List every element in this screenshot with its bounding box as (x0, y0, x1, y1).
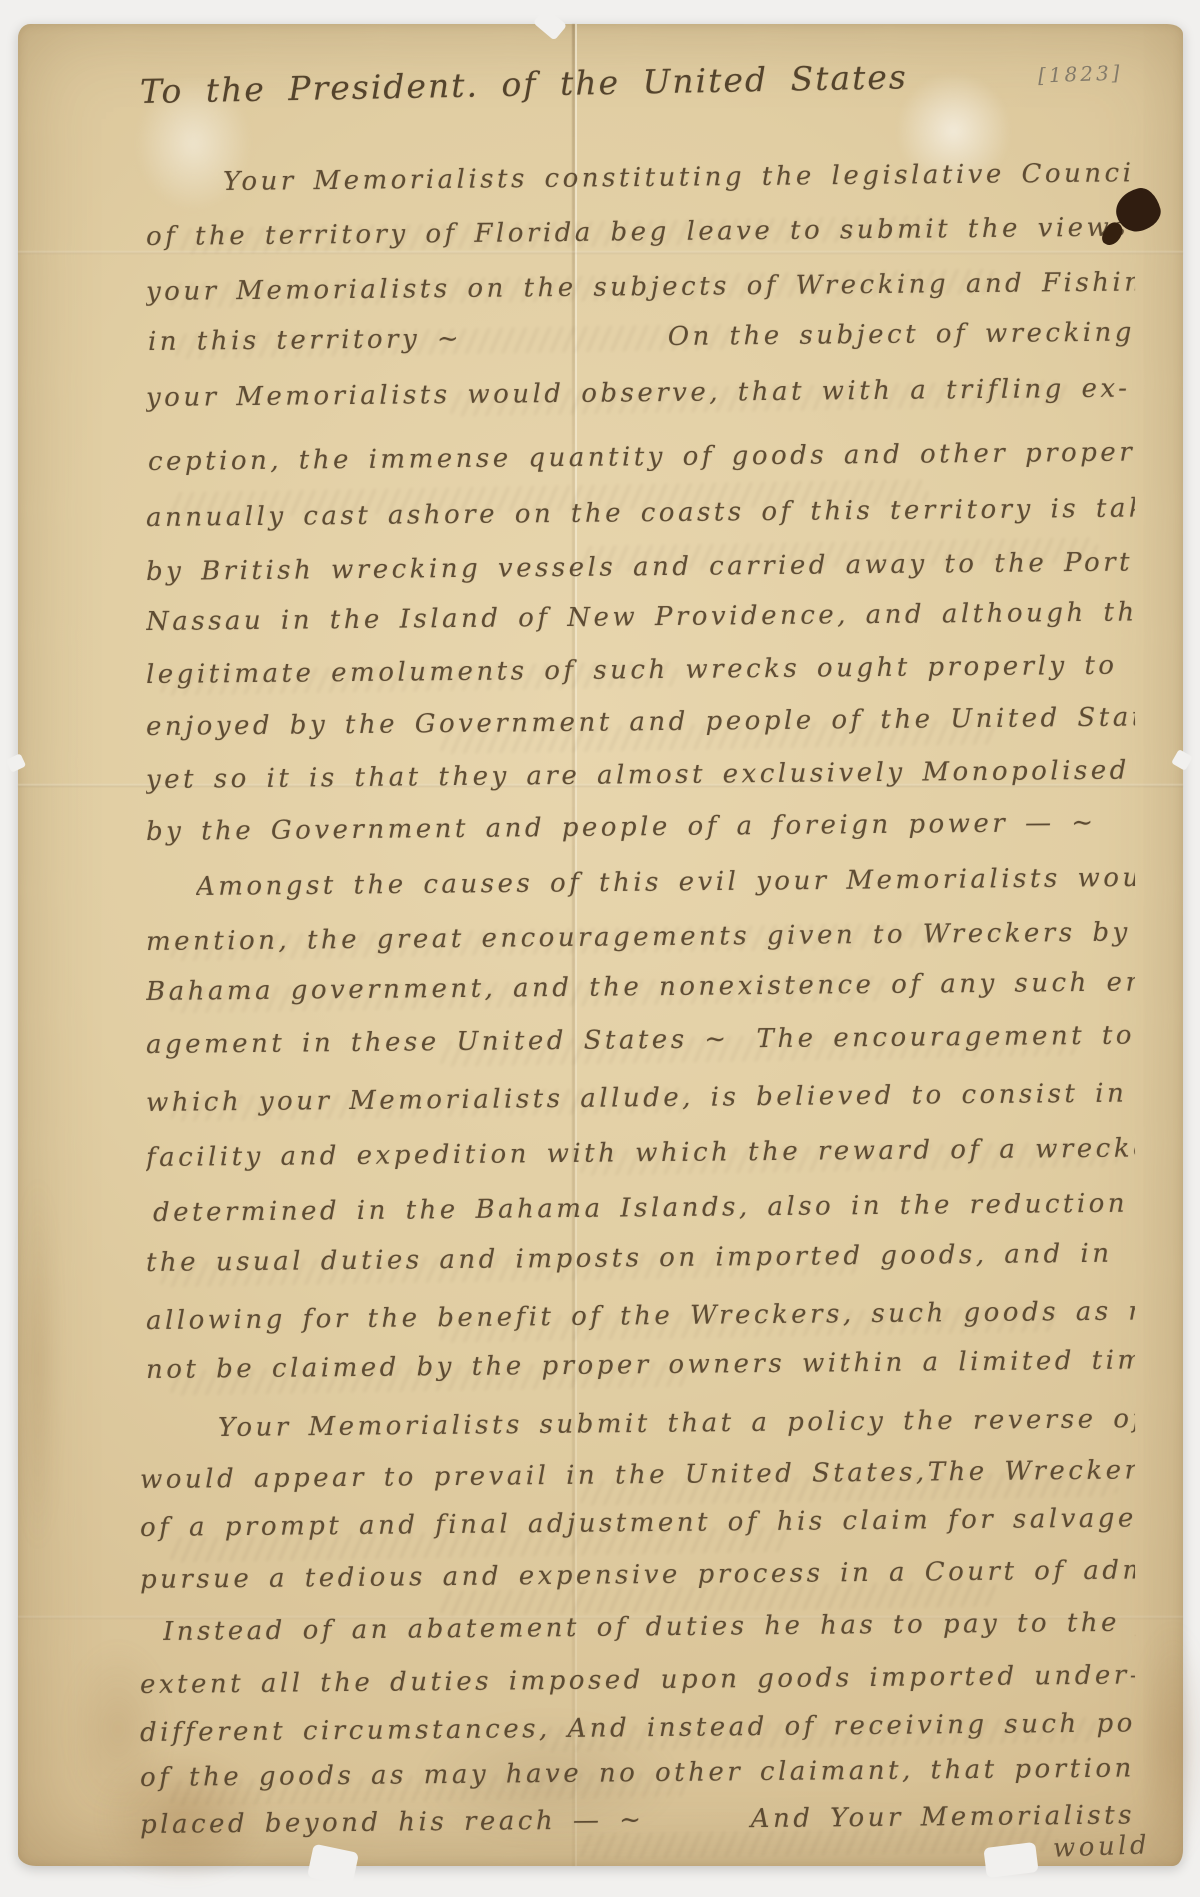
line-text: determined in the Bahama Islands, also i… (153, 1188, 1135, 1228)
manuscript-line: ception, the immense quantity of goods a… (148, 432, 1135, 477)
line-text: extent all the duties imposed upon goods… (140, 1660, 1135, 1700)
manuscript-line: Your Memorialists constituting the legis… (223, 152, 1135, 197)
line-text: placed beyond his reach — ~ (140, 1805, 645, 1840)
manuscript-line: of the goods as may have no other claima… (140, 1747, 1135, 1793)
manuscript-line: which your Memorialists allude, is belie… (146, 1073, 1135, 1118)
line-text: On the subject of wrecking (668, 318, 1136, 352)
line-text: pursue a tedious and expensive process i… (140, 1554, 1135, 1595)
line-text: ception, the immense quantity of goods a… (148, 437, 1135, 477)
manuscript-line: your Memorialists would observe, that wi… (146, 368, 1135, 413)
line-text: Your Memorialists constituting the legis… (223, 158, 1135, 197)
manuscript-line: Bahama government, and the nonexistence … (146, 962, 1135, 1007)
line-text: The encouragement to (756, 1021, 1135, 1055)
manuscript-line: would appear to prevail in the United St… (140, 1449, 1135, 1495)
line-text: yet so it is that they are almost exclus… (146, 756, 1130, 795)
line-text: by the Government and people of a foreig… (146, 808, 1097, 847)
manuscript-line: Instead of an abatement of duties he has… (163, 1602, 1135, 1647)
line-text: Nassau in the Island of New Providence, … (146, 597, 1135, 637)
line-text: Instead of an abatement of duties he has… (163, 1607, 1135, 1647)
manuscript-line: of a prompt and final adjustment of his … (140, 1497, 1135, 1543)
manuscript-line: of the territory of Florida beg leave to… (146, 207, 1135, 252)
manuscript-line: by the Government and people of a foreig… (146, 802, 1135, 847)
line-text: which your Memorialists allude, is belie… (146, 1078, 1135, 1118)
line-text: of the goods as may have no other claima… (140, 1753, 1135, 1793)
stain (18, 1174, 58, 1554)
manuscript-line: your Memorialists on the subjects of Wre… (146, 262, 1135, 307)
manuscript-line: allowing for the benefit of the Wreckers… (146, 1291, 1135, 1336)
line-text: the usual duties and imposts on imported… (146, 1239, 1113, 1278)
manuscript-line: Amongst the causes of this evil your Mem… (196, 857, 1135, 902)
line-text: facility and expedition with which the r… (146, 1133, 1135, 1173)
catchword: would (1053, 1830, 1151, 1863)
manuscript-line: facility and expedition with which the r… (146, 1128, 1135, 1173)
manuscript-line: placed beyond his reach — ~And Your Memo… (140, 1794, 1135, 1840)
manuscript-line: Nassau in the Island of New Providence, … (146, 592, 1135, 637)
manuscript-line: pursue a tedious and expensive process i… (140, 1549, 1135, 1595)
stain (1138, 1624, 1200, 1864)
line-text: And Your Memorialists (751, 1800, 1136, 1834)
manuscript-line: the usual duties and imposts on imported… (146, 1233, 1135, 1278)
manuscript-line: not be claimed by the proper owners with… (146, 1340, 1135, 1385)
manuscript-line: by British wrecking vessels and carried … (146, 542, 1135, 587)
manuscript-line: determined in the Bahama Islands, also i… (153, 1183, 1135, 1228)
manuscript-line: agement in these United States ~The enco… (146, 1015, 1135, 1060)
line-text: allowing for the benefit of the Wreckers… (146, 1295, 1135, 1336)
manuscript-line: Your Memorialists submit that a policy t… (218, 1398, 1135, 1443)
manuscript-line: in this territory ~On the subject of wre… (148, 312, 1135, 357)
line-text: of a prompt and final adjustment of his … (140, 1502, 1135, 1543)
line-text: not be claimed by the proper owners with… (146, 1345, 1135, 1385)
line-text: of the territory of Florida beg leave to… (146, 212, 1135, 252)
line-text: legitimate emoluments of such wrecks oug… (146, 650, 1135, 690)
year-annotation: [1823] (1038, 61, 1123, 88)
line-text: enjoyed by the Government and people of … (146, 702, 1135, 742)
manuscript-line: legitimate emoluments of such wrecks oug… (146, 645, 1135, 690)
line-text: your Memorialists on the subjects of Wre… (146, 267, 1135, 307)
line-text: your Memorialists would observe, that wi… (146, 374, 1131, 413)
manuscript-line: different circumstances, And instead of … (140, 1702, 1135, 1748)
scan-background: [1823] To the President. of the United S… (0, 0, 1200, 1897)
manuscript-line: enjoyed by the Government and people of … (146, 697, 1135, 742)
manuscript-line: extent all the duties imposed upon goods… (140, 1654, 1135, 1700)
manuscript-line: yet so it is that they are almost exclus… (146, 750, 1135, 795)
manuscript-line: annually cast ashore on the coasts of th… (146, 488, 1135, 533)
line-text: would appear to prevail in the United St… (140, 1457, 928, 1495)
line-text: annually cast ashore on the coasts of th… (146, 493, 1135, 533)
line-text: mention, the great encouragements given … (146, 917, 1135, 957)
manuscript-line: mention, the great encouragements given … (146, 912, 1135, 957)
document-heading: To the President. of the United States (140, 57, 908, 111)
line-text: The Wrecker instead (928, 1454, 1136, 1487)
line-text: by British wrecking vessels and carried … (146, 547, 1135, 587)
line-text: Bahama government, and the nonexistence … (146, 967, 1135, 1007)
manuscript-page: [1823] To the President. of the United S… (18, 24, 1183, 1866)
line-text: agement in these United States ~ (146, 1024, 730, 1060)
line-text: different circumstances, And instead of … (140, 1708, 1135, 1748)
line-text: Your Memorialists submit that a policy t… (218, 1403, 1135, 1443)
line-text: Amongst the causes of this evil your Mem… (196, 863, 1135, 902)
line-text: in this territory ~ (148, 324, 462, 357)
